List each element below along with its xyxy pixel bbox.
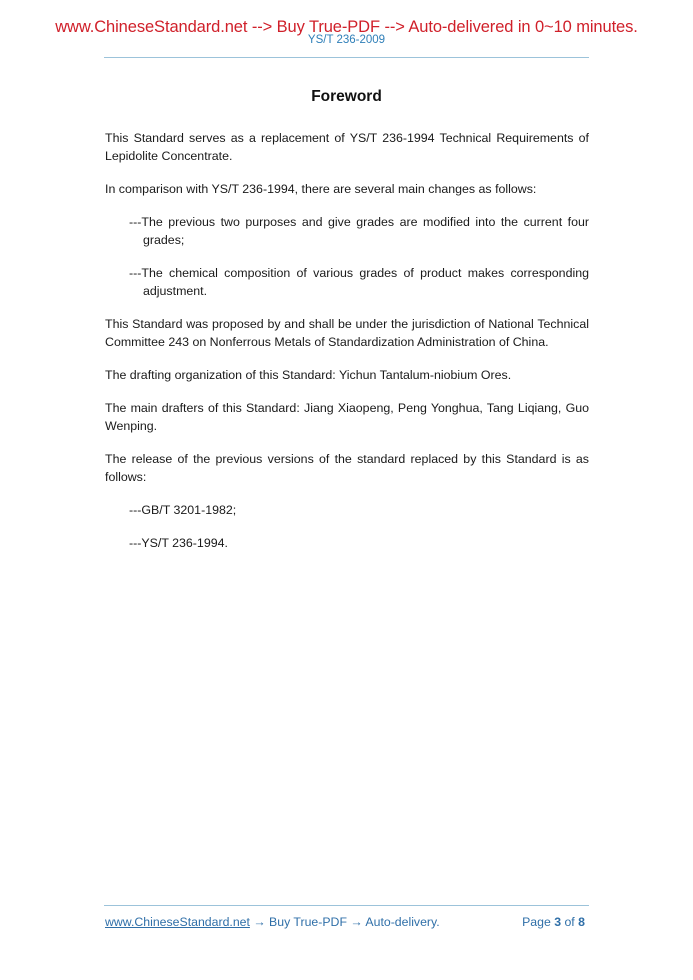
previous-version-item: ---YS/T 236-1994. <box>129 534 589 552</box>
page-indicator: Page 3 of 8 <box>522 915 585 929</box>
page-of: of <box>564 915 574 929</box>
drafting-organization-paragraph: The drafting organization of this Standa… <box>105 366 589 384</box>
proposed-by-paragraph: This Standard was proposed by and shall … <box>105 315 589 351</box>
change-item: ---The previous two purposes and give gr… <box>129 213 589 249</box>
page-current: 3 <box>554 915 561 929</box>
page-title: Foreword <box>0 88 693 106</box>
intro-paragraph: This Standard serves as a replacement of… <box>105 129 589 165</box>
footer-site-link[interactable]: www.ChineseStandard.net <box>105 915 250 929</box>
document-code: YS/T 236-2009 <box>0 34 693 46</box>
page-total: 8 <box>578 915 585 929</box>
changes-lead-paragraph: In comparison with YS/T 236-1994, there … <box>105 180 589 198</box>
page-label: Page <box>522 915 551 929</box>
header-divider <box>104 57 589 58</box>
footer-tagline: → Buy True-PDF → Auto-delivery. <box>250 915 440 929</box>
drafters-paragraph: The main drafters of this Standard: Jian… <box>105 399 589 435</box>
previous-version-item: ---GB/T 3201-1982; <box>129 501 589 519</box>
change-item: ---The chemical composition of various g… <box>129 264 589 300</box>
page-footer: www.ChineseStandard.net → Buy True-PDF →… <box>105 915 585 929</box>
document-body: This Standard serves as a replacement of… <box>105 129 589 567</box>
footer-divider <box>104 905 589 906</box>
previous-versions-lead-paragraph: The release of the previous versions of … <box>105 450 589 486</box>
